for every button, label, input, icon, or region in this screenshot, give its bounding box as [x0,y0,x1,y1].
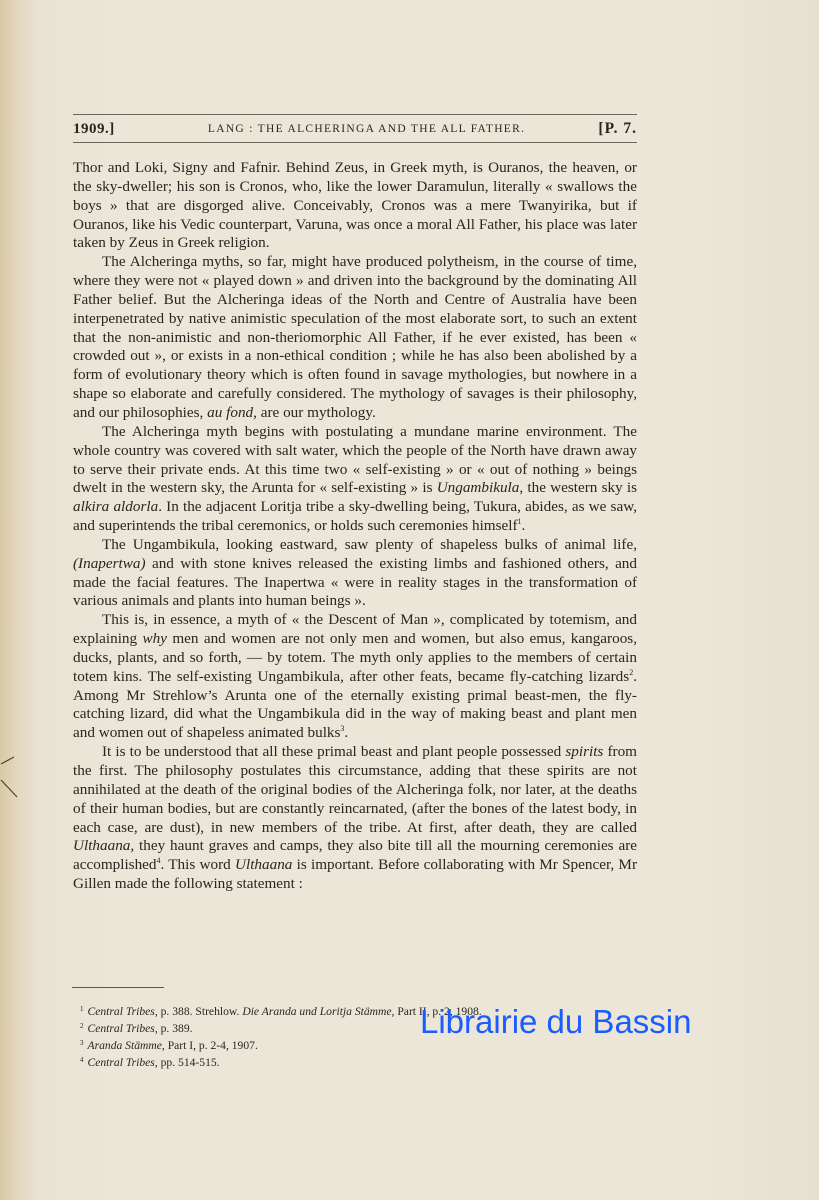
italic-text: (Inapertwa) [73,555,146,572]
paragraph: The Alcheringa myths, so far, might have… [73,253,637,423]
italic-text: Central Tribes [88,1056,155,1069]
italic-text: spirits [565,743,603,760]
italic-text: alkira aldorla [73,498,158,515]
running-head-year: 1909.] [73,121,115,138]
text-run: The Alcheringa myths, so far, might have… [73,253,637,421]
italic-text: Aranda Stämme [88,1039,162,1052]
running-head: 1909.] LANG : THE ALCHERINGA AND THE ALL… [73,118,637,140]
footnote-number: 1 [80,1005,84,1013]
text-run: , p. 389. [155,1022,193,1035]
text-run: , pp. 514-515. [155,1056,220,1069]
paragraph: The Ungambikula, looking eastward, saw p… [73,536,637,611]
italic-text: Central Tribes [88,1022,155,1035]
paragraph: Thor and Loki, Signy and Fafnir. Behind … [73,159,637,253]
paragraph: It is to be understood that all these pr… [73,743,637,894]
italic-text: au fond [207,404,253,421]
margin-pencil-mark-icon [0,740,30,800]
footnote-number: 3 [80,1039,84,1047]
text-run: It is to be understood that all these pr… [102,743,565,760]
text-run: , p. 388. Strehlow. [155,1005,243,1018]
text-run: . This word [161,856,235,873]
text-run: and with stone knives released the exist… [73,555,637,610]
text-run: , are our mythology. [253,404,376,421]
text-run: , the western sky is [519,479,637,496]
header-rule-bottom [73,142,637,143]
paragraph: The Alcheringa myth begins with postulat… [73,423,637,536]
running-head-title: LANG : THE ALCHERINGA AND THE ALL FATHER… [208,123,525,135]
header-rule-top [73,114,637,115]
italic-text: why [142,630,166,647]
text-run: . [344,724,348,741]
text-run: . [522,517,526,534]
footnote-number: 2 [80,1022,84,1030]
italic-text: Ulthaana [235,856,292,873]
text-run: The Ungambikula, looking eastward, saw p… [102,536,637,553]
body-text: Thor and Loki, Signy and Fafnir. Behind … [73,159,637,894]
paragraph: This is, in essence, a myth of « the Des… [73,611,637,743]
text-run: . In the adjacent Loritja tribe a sky-dw… [73,498,637,534]
italic-text: Ulthaana, [73,837,134,854]
watermark: Librairie du Bassin [420,1002,691,1042]
italic-text: Die Aranda und Loritja Stämme [242,1005,391,1018]
footnote-number: 4 [80,1056,84,1064]
text-run: , Part I, p. 2-4, 1907. [162,1039,258,1052]
footnote-rule [72,987,164,988]
text-run: Thor and Loki, Signy and Fafnir. Behind … [73,159,637,251]
scanned-page: 1909.] LANG : THE ALCHERINGA AND THE ALL… [0,0,819,1200]
italic-text: Central Tribes [88,1005,155,1018]
running-head-page-number: [P. 7. [598,120,637,138]
italic-text: Ungambikula [437,479,520,496]
footnote: 4Central Tribes, pp. 514-515. [80,1054,640,1071]
